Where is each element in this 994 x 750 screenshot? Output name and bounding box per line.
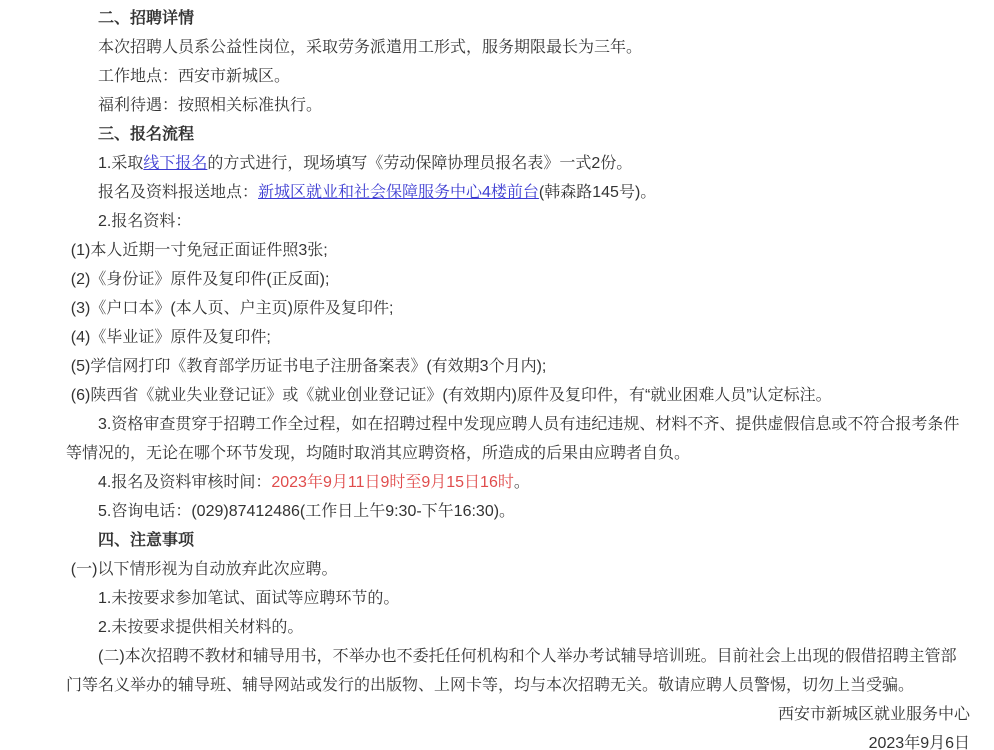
text-run: 2.未按要求提供相关材料的。 <box>98 619 303 636</box>
text-run: 的方式进行，现场填写《劳动保障协理员报名表》一式2份。 <box>207 155 632 172</box>
text-run: (3)《户口本》(本人页、户主页)原件及复印件; <box>71 300 394 317</box>
paragraph-submission-address: 报名及资料报送地点：新城区就业和社会保障服务中心4楼前台(韩森路145号)。 <box>66 178 970 207</box>
text-run: (二)本次招聘不教材和辅导用书，不举办也不委托任何机构和个人举办考试辅导培训班。… <box>66 648 957 694</box>
text-run: 4.报名及资料审核时间： <box>98 474 271 491</box>
list-item-material-5: (5)学信网打印《教育部学历证书电子注册备案表》(有效期3个月内); <box>66 352 970 381</box>
paragraph-materials-title: 2.报名资料： <box>66 207 970 236</box>
paragraph-consult-phone: 5.咨询电话：(029)87412486(工作日上午9:30-下午16:30)。 <box>66 497 970 526</box>
list-item-material-4: (4)《毕业证》原件及复印件; <box>66 323 970 352</box>
paragraph-registration-method: 1.采取线下报名的方式进行，现场填写《劳动保障协理员报名表》一式2份。 <box>66 149 970 178</box>
text-run: 三、报名流程 <box>98 126 194 143</box>
list-item-abandon-2: 2.未按要求提供相关材料的。 <box>66 613 970 642</box>
text-run: 。 <box>514 474 530 491</box>
text-run: (6)陕西省《就业失业登记证》或《就业创业登记证》(有效期内)原件及复印件，有“… <box>71 387 832 404</box>
text-run: 1.未按要求参加笔试、面试等应聘环节的。 <box>98 590 399 607</box>
paragraph-abandon-title: (一)以下情形视为自动放弃此次应聘。 <box>66 555 970 584</box>
text-run: 西安市新城区就业服务中心 <box>778 706 970 723</box>
list-item-material-2: (2)《身份证》原件及复印件(正反面); <box>66 265 970 294</box>
text-run: 5.咨询电话：(029)87412486(工作日上午9:30-下午16:30)。 <box>98 503 515 520</box>
heading-registration-process: 三、报名流程 <box>66 120 970 149</box>
paragraph-review-time: 4.报名及资料审核时间：2023年9月11日9时至9月15日16时。 <box>66 468 970 497</box>
text-run: 二、招聘详情 <box>98 10 194 27</box>
paragraph-fraud-warning: (二)本次招聘不教材和辅导用书，不举办也不委托任何机构和个人举办考试辅导培训班。… <box>66 642 970 700</box>
text-run: (1)本人近期一寸免冠正面证件照3张; <box>71 242 328 259</box>
list-item-abandon-1: 1.未按要求参加笔试、面试等应聘环节的。 <box>66 584 970 613</box>
paragraph-work-location: 工作地点：西安市新城区。 <box>66 62 970 91</box>
text-run: 报名及资料报送地点： <box>98 184 258 201</box>
list-item-material-1: (1)本人近期一寸免冠正面证件照3张; <box>66 236 970 265</box>
signature-date-line: 2023年9月6日 <box>66 729 970 750</box>
text-run: 3.资格审查贯穿于招聘工作全过程，如在招聘过程中发现应聘人员有违纪违规、材料不齐… <box>66 416 959 462</box>
page: { "page": { "background_color": "#ffffff… <box>0 0 994 750</box>
signature-org-line: 西安市新城区就业服务中心 <box>66 700 970 729</box>
inline-link[interactable]: 新城区就业和社会保障服务中心4楼前台 <box>258 184 539 201</box>
text-run: 四、注意事项 <box>98 532 194 549</box>
text-run: (5)学信网打印《教育部学历证书电子注册备案表》(有效期3个月内); <box>71 358 547 375</box>
text-run: (2)《身份证》原件及复印件(正反面); <box>71 271 330 288</box>
text-run: 2023年9月6日 <box>869 735 970 750</box>
list-item-material-3: (3)《户口本》(本人页、户主页)原件及复印件; <box>66 294 970 323</box>
list-item-material-6: (6)陕西省《就业失业登记证》或《就业创业登记证》(有效期内)原件及复印件，有“… <box>66 381 970 410</box>
text-run: 1.采取 <box>98 155 143 172</box>
paragraph-post-nature: 本次招聘人员系公益性岗位，采取劳务派遣用工形式，服务期限最长为三年。 <box>66 33 970 62</box>
text-run: (4)《毕业证》原件及复印件; <box>71 329 271 346</box>
heading-recruitment-details: 二、招聘详情 <box>66 4 970 33</box>
announcement-document: 二、招聘详情本次招聘人员系公益性岗位，采取劳务派遣用工形式，服务期限最长为三年。… <box>0 0 994 750</box>
text-run: (韩森路145号)。 <box>539 184 656 201</box>
highlight-date: 2023年9月11日9时至9月15日16时 <box>271 474 514 491</box>
heading-notes: 四、注意事项 <box>66 526 970 555</box>
text-run: 本次招聘人员系公益性岗位，采取劳务派遣用工形式，服务期限最长为三年。 <box>98 39 642 56</box>
text-run: (一)以下情形视为自动放弃此次应聘。 <box>71 561 338 578</box>
text-run: 工作地点：西安市新城区。 <box>98 68 290 85</box>
paragraph-qualification-review: 3.资格审查贯穿于招聘工作全过程，如在招聘过程中发现应聘人员有违纪违规、材料不齐… <box>66 410 970 468</box>
inline-link[interactable]: 线下报名 <box>143 155 207 172</box>
text-run: 2.报名资料： <box>98 213 191 230</box>
text-run: 福利待遇：按照相关标准执行。 <box>98 97 322 114</box>
paragraph-welfare: 福利待遇：按照相关标准执行。 <box>66 91 970 120</box>
